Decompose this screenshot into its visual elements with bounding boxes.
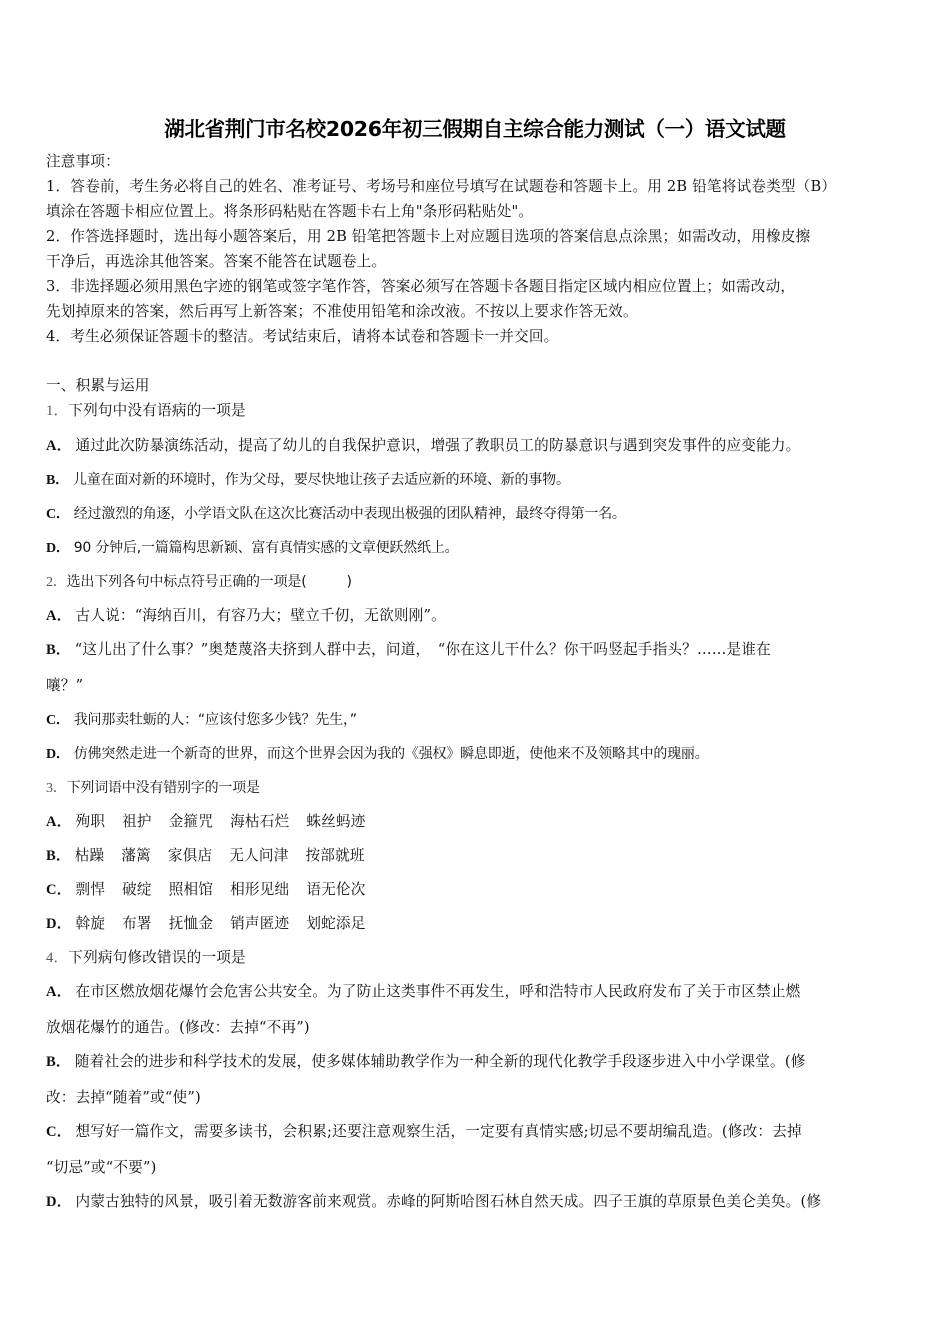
question-3-option-b: B．枯躁藩篱家俱店无人问津按部就班: [46, 846, 365, 866]
word: 金箍咒: [169, 812, 213, 832]
question-4-option-a: A．在市区燃放烟花爆竹会危害公共安全。为了防止这类事件不再发生，呼和浩特市人民政…: [46, 982, 800, 1002]
notice-line: 1．答卷前，考生务必将自己的姓名、准考证号、考场号和座位号填写在试题卷和答题卡上…: [46, 177, 906, 197]
option-text: 内蒙古独特的风景，吸引着无数游客前来观赏。赤峰的阿斯哈图石林自然天成。四子王旗的…: [76, 1193, 822, 1210]
word: 销声匿迹: [230, 914, 289, 934]
notice-line: 2．作答选择题时，选出每小题答案后，用 2B 铅笔把答题卡上对应题目选项的答案信…: [46, 227, 906, 247]
option-text: 仿佛突然走进一个新奇的世界，而这个世界会因为我的《强权》瞬息即逝，使他来不及领略…: [74, 746, 709, 762]
question-1-option-d: D．90 分钟后,一篇篇构思新颖、富有真情实感的文章便跃然纸上。: [46, 538, 458, 559]
question-number: 1．: [46, 403, 68, 419]
question-2-option-b: B．“这儿出了什么事？”奥楚蔑洛夫挤到人群中去，问道， “你在这儿干什么？你干吗…: [46, 640, 771, 660]
option-label: A．: [46, 438, 72, 454]
option-text: 90 分钟后,一篇篇构思新颖、富有真情实感的文章便跃然纸上。: [74, 540, 459, 556]
word: 斡旋: [76, 914, 106, 934]
question-4-option-c: C．想写好一篇作文，需要多读书，会积累;还要注意观察生活，一定要有真情实感;切忌…: [46, 1122, 802, 1142]
word: 蛛丝蚂迹: [306, 812, 365, 832]
question-2-stem: 2．选出下列各句中标点符号正确的一项是(): [46, 572, 352, 593]
option-text: 在市区燃放烟花爆竹会危害公共安全。为了防止这类事件不再发生，呼和浩特市人民政府发…: [76, 983, 801, 1000]
notice-line: 4．考生必须保证答题卡的整洁。考试结束后，请将本试卷和答题卡一并交回。: [46, 327, 906, 347]
question-2-option-d: D．仿佛突然走进一个新奇的世界，而这个世界会因为我的《强权》瞬息即逝，使他来不及…: [46, 744, 709, 765]
option-label: D．: [46, 747, 70, 762]
question-4-option-d: D．内蒙古独特的风景，吸引着无数游客前来观赏。赤峰的阿斯哈图石林自然天成。四子王…: [46, 1192, 821, 1212]
option-text: 想写好一篇作文，需要多读书，会积累;还要注意观察生活，一定要有真情实感;切忌不要…: [76, 1123, 802, 1140]
option-label: B．: [46, 642, 71, 658]
word: 家俱店: [168, 846, 212, 866]
word: 殉职: [76, 812, 106, 832]
notice-line: 先划掉原来的答案，然后再写上新答案；不准使用铅笔和涂改液。不按以上要求作答无效。: [46, 302, 906, 322]
word: 划蛇添足: [306, 914, 365, 934]
question-stem: 下列病句修改错误的一项是: [68, 949, 246, 966]
question-4-option-b: B．随着社会的进步和科学技术的发展，使多媒体辅助教学作为一种全新的现代化教学手段…: [46, 1052, 806, 1072]
question-4-option-b-continued: 改：去掉“随着”或“使”): [46, 1088, 201, 1108]
option-label: C．: [46, 713, 70, 728]
question-3-stem: 3．下列词语中没有错别字的一项是: [46, 778, 260, 799]
word: 相形见绌: [230, 880, 289, 900]
word: 藩篱: [121, 846, 151, 866]
word: 布署: [122, 914, 152, 934]
option-label: C．: [46, 882, 72, 898]
question-stem: 下列词语中没有错别字的一项是: [67, 780, 260, 796]
word: 照相馆: [169, 880, 213, 900]
word: 无人问津: [229, 846, 288, 866]
question-4-option-a-continued: 放烟花爆竹的通告。(修改：去掉“不再”): [46, 1018, 310, 1038]
question-3-option-a: A．殉职祖护金箍咒海枯石烂蛛丝蚂迹: [46, 812, 366, 832]
question-number: 4．: [46, 950, 68, 966]
option-text: 经过激烈的角逐，小学语文队在这次比赛活动中表现出极强的团队精神，最终夺得第一名。: [74, 506, 626, 522]
option-text: 古人说：“海纳百川，有容乃大；壁立千仞，无欲则刚”。: [76, 607, 446, 624]
option-label: B．: [46, 848, 71, 864]
option-text: “这儿出了什么事？”奥楚蔑洛夫挤到人群中去，问道， “你在这儿干什么？你干吗竖起…: [75, 641, 771, 658]
question-1-stem: 1．下列句中没有语病的一项是: [46, 401, 246, 421]
question-2-option-b-continued: 嚷？”: [46, 676, 83, 696]
notice-line: 干净后，再选涂其他答案。答案不能答在试题卷上。: [46, 252, 906, 272]
question-stem: 下列句中没有语病的一项是: [68, 402, 246, 419]
question-4-stem: 4．下列病句修改错误的一项是: [46, 948, 246, 968]
option-label: A．: [46, 984, 72, 1000]
option-label: C．: [46, 1124, 72, 1140]
question-stem: 选出下列各句中标点符号正确的一项是(: [67, 574, 307, 590]
option-text: 随着社会的进步和科学技术的发展，使多媒体辅助教学作为一种全新的现代化教学手段逐步…: [75, 1053, 806, 1070]
notice-heading: 注意事项：: [46, 152, 120, 172]
notice-line: 填涂在答题卡相应位置上。将条形码粘贴在答题卡右上角"条形码粘贴处"。: [46, 202, 906, 222]
option-text: 通过此次防暴演练活动，提高了幼儿的自我保护意识，增强了教职员工的防暴意识与遇到突…: [76, 437, 801, 454]
word: 枯躁: [75, 846, 105, 866]
word: 抚恤金: [169, 914, 213, 934]
option-label: B．: [46, 473, 69, 488]
question-3-option-c: C．剽悍破绽照相馆相形见绌语无伦次: [46, 880, 366, 900]
word: 剽悍: [76, 880, 106, 900]
question-1-option-c: C．经过激烈的角逐，小学语文队在这次比赛活动中表现出极强的团队精神，最终夺得第一…: [46, 504, 626, 525]
question-4-option-c-continued: “切忌”或“不要”): [46, 1158, 157, 1178]
question-number: 2．: [46, 575, 67, 590]
option-label: D．: [46, 541, 70, 556]
word: 祖护: [122, 812, 152, 832]
question-stem-end: ): [346, 574, 351, 590]
word: 破绽: [122, 880, 152, 900]
exam-title: 湖北省荆门市名校2026年初三假期自主综合能力测试（一）语文试题: [0, 112, 950, 142]
option-label: A．: [46, 814, 72, 830]
question-1-option-a: A．通过此次防暴演练活动，提高了幼儿的自我保护意识，增强了教职员工的防暴意识与遇…: [46, 436, 800, 456]
question-number: 3．: [46, 781, 67, 796]
question-2-option-a: A．古人说：“海纳百川，有容乃大；壁立千仞，无欲则刚”。: [46, 606, 446, 626]
word: 语无伦次: [306, 880, 365, 900]
word: 海枯石烂: [230, 812, 289, 832]
option-label: D．: [46, 916, 72, 932]
option-label: C．: [46, 507, 70, 522]
section-heading: 一、积累与运用: [46, 376, 150, 396]
question-3-option-d: D．斡旋布署抚恤金销声匿迹划蛇添足: [46, 914, 366, 934]
word: 按部就班: [306, 846, 365, 866]
notice-line: 3．非选择题必须用黑色字迹的钢笔或签字笔作答，答案必须写在答题卡各题目指定区域内…: [46, 277, 906, 297]
option-text: 我问那卖牡蛎的人：“应该付您多少钱？先生，”: [74, 712, 357, 728]
option-label: D．: [46, 1194, 72, 1210]
option-text: 儿童在面对新的环境时，作为父母，要尽快地让孩子去适应新的环境、新的事物。: [73, 472, 570, 488]
option-label: B．: [46, 1054, 71, 1070]
exam-page: 湖北省荆门市名校2026年初三假期自主综合能力测试（一）语文试题 注意事项： 1…: [0, 0, 950, 1344]
option-label: A．: [46, 608, 72, 624]
question-2-option-c: C．我问那卖牡蛎的人：“应该付您多少钱？先生，”: [46, 710, 357, 731]
question-1-option-b: B．儿童在面对新的环境时，作为父母，要尽快地让孩子去适应新的环境、新的事物。: [46, 470, 570, 491]
